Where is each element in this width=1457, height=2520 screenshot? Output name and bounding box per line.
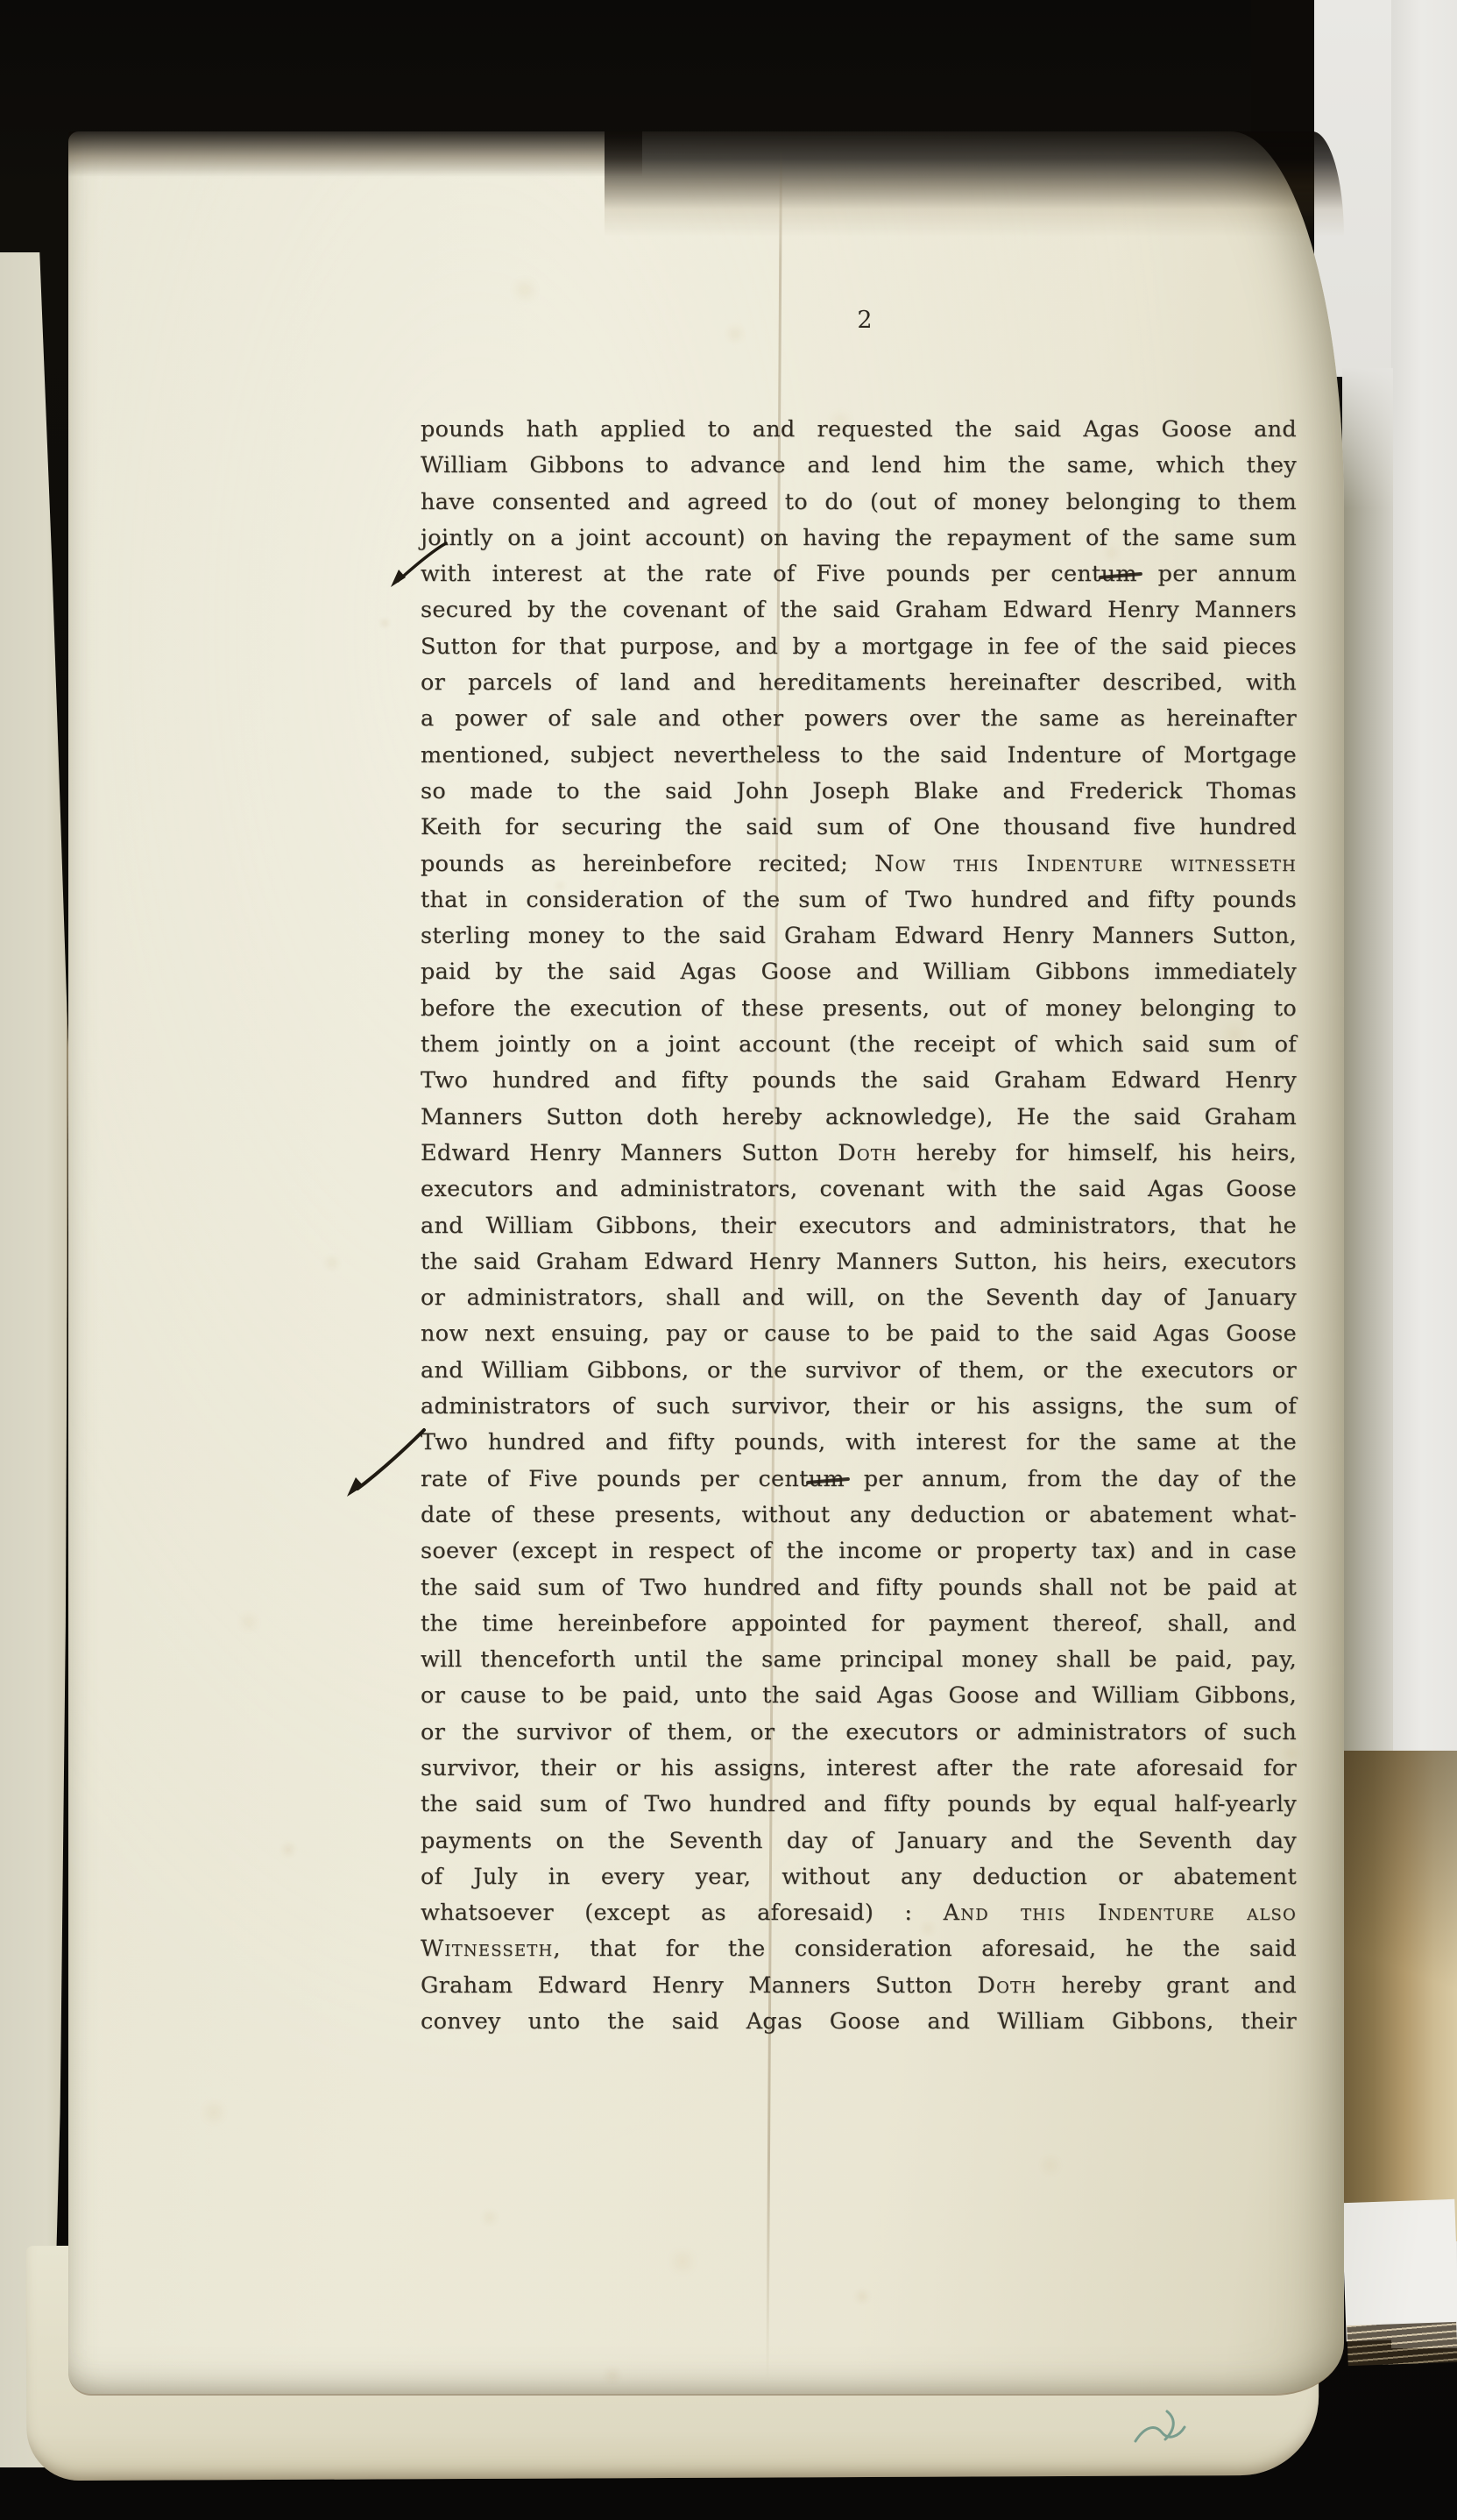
text-segment: hereby grant and (1036, 1972, 1297, 1999)
text-segment: pounds as hereinbefore recited; (421, 851, 874, 877)
small-caps-text: Witnesseth (421, 1936, 553, 1962)
text-line: convey unto the said Agas Goose and Will… (421, 2004, 1297, 2040)
text-line: pounds as hereinbefore recited; Now this… (421, 846, 1297, 882)
text-segment: William Gibbons to advance and lend him … (421, 452, 1297, 478)
text-line: survivor, their or his assigns, interest… (421, 1751, 1297, 1787)
text-segment: Manners Sutton doth hereby acknowledge),… (421, 1104, 1297, 1130)
text-segment: of July in every year, without any deduc… (421, 1864, 1297, 1890)
text-line: the said Graham Edward Henry Manners Sut… (421, 1244, 1297, 1280)
text-segment: will thenceforth until the same principa… (421, 1646, 1297, 1673)
scanned-book-page-photo: 2 pounds hath applied to and requested t… (0, 0, 1457, 2520)
text-line: sterling money to the said Graham Edward… (421, 918, 1297, 954)
text-line: mentioned, subject nevertheless to the s… (421, 738, 1297, 774)
text-segment: that in consideration of the sum of Two … (421, 887, 1297, 913)
text-line: the said sum of Two hundred and fifty po… (421, 1570, 1297, 1606)
text-line: with interest at the rate of Five pounds… (421, 556, 1297, 592)
text-line: Sutton for that purpose, and by a mortga… (421, 629, 1297, 665)
struck-out-text: um (809, 1466, 845, 1492)
small-caps-text: Doth (838, 1140, 897, 1166)
text-line: Two hundred and fifty pounds the said Gr… (421, 1063, 1297, 1099)
text-segment: Edward Henry Manners Sutton (421, 1140, 838, 1166)
text-line: soever (except in respect of the income … (421, 1533, 1297, 1569)
text-line: pounds hath applied to and requested the… (421, 412, 1297, 448)
text-segment: or cause to be paid, unto the said Agas … (421, 1682, 1297, 1709)
text-segment: the said sum of Two hundred and fifty po… (421, 1791, 1297, 1817)
text-line: executors and administrators, covenant w… (421, 1172, 1297, 1207)
text-segment: and William Gibbons, or the survivor of … (421, 1357, 1297, 1384)
text-segment: Sutton for that purpose, and by a mortga… (421, 634, 1297, 660)
text-line: and William Gibbons, or the survivor of … (421, 1353, 1297, 1389)
text-line: and William Gibbons, their executors and… (421, 1208, 1297, 1244)
text-segment: date of these presents, without any dedu… (421, 1502, 1297, 1528)
small-caps-text: And this Indenture also (944, 1900, 1297, 1926)
small-caps-text: Now this Indenture witnesseth (874, 851, 1297, 877)
text-segment: have consented and agreed to do (out of … (421, 489, 1297, 515)
text-line: date of these presents, without any dedu… (421, 1497, 1297, 1533)
text-line: the time hereinbefore appointed for paym… (421, 1606, 1297, 1642)
text-line: or administrators, shall and will, on th… (421, 1280, 1297, 1316)
text-segment: convey unto the said Agas Goose and Will… (421, 2008, 1297, 2035)
text-segment: and William Gibbons, their executors and… (421, 1213, 1297, 1239)
text-line: of July in every year, without any deduc… (421, 1859, 1297, 1895)
text-line: have consented and agreed to do (out of … (421, 485, 1297, 520)
text-segment: soever (except in respect of the income … (421, 1538, 1297, 1564)
text-segment: paid by the said Agas Goose and William … (421, 959, 1297, 985)
struck-out-text: um (1101, 561, 1137, 587)
text-line: that in consideration of the sum of Two … (421, 882, 1297, 918)
text-segment: a power of sale and other powers over th… (421, 705, 1297, 732)
text-segment: or parcels of land and hereditaments her… (421, 669, 1297, 696)
foxing-stains (68, 131, 70, 133)
burnt-top-edge (68, 131, 1344, 237)
text-segment: sterling money to the said Graham Edward… (421, 923, 1297, 949)
text-segment: survivor, their or his assigns, interest… (421, 1755, 1297, 1781)
text-segment: them jointly on a joint account (the rec… (421, 1031, 1297, 1058)
text-line: them jointly on a joint account (the rec… (421, 1027, 1297, 1063)
text-line: or the survivor of them, or the executor… (421, 1715, 1297, 1751)
text-line: Keith for securing the said sum of One t… (421, 810, 1297, 846)
text-line: a power of sale and other powers over th… (421, 701, 1297, 737)
text-segment: Two hundred and fifty pounds the said Gr… (421, 1067, 1297, 1094)
small-caps-text: Doth (977, 1972, 1036, 1999)
text-line: now next ensuing, pay or cause to be pai… (421, 1316, 1297, 1352)
document-page: 2 pounds hath applied to and requested t… (68, 131, 1344, 2396)
text-line: paid by the said Agas Goose and William … (421, 954, 1297, 990)
text-segment: now next ensuing, pay or cause to be pai… (421, 1320, 1297, 1347)
text-segment: secured by the covenant of the said Grah… (421, 597, 1297, 623)
text-line: Two hundred and fifty pounds, with inter… (421, 1425, 1297, 1461)
loose-sheet-corner (1341, 2199, 1457, 2341)
text-segment: executors and administrators, covenant w… (421, 1176, 1297, 1202)
text-line: rate of Five pounds per centum per annum… (421, 1462, 1297, 1497)
text-line: or parcels of land and hereditaments her… (421, 665, 1297, 701)
text-line: so made to the said John Joseph Blake an… (421, 774, 1297, 810)
text-line: administrators of such survivor, their o… (421, 1389, 1297, 1425)
text-segment: payments on the Seventh day of January a… (421, 1828, 1297, 1854)
text-segment: the said Graham Edward Henry Manners Sut… (421, 1249, 1297, 1275)
book-fore-edge (1342, 368, 1393, 1757)
text-segment: rate of Five pounds per cent (421, 1466, 809, 1492)
text-line: Manners Sutton doth hereby acknowledge),… (421, 1100, 1297, 1136)
vellum-page-edge (1340, 1751, 1457, 2241)
text-line: Graham Edward Henry Manners Sutton Doth … (421, 1968, 1297, 2004)
page-stack-edges (1347, 2322, 1457, 2366)
text-line: payments on the Seventh day of January a… (421, 1823, 1297, 1859)
text-segment: mentioned, subject nevertheless to the s… (421, 742, 1297, 768)
text-segment: Two hundred and fifty pounds, with inter… (421, 1429, 1297, 1455)
underlying-page-left-edge (0, 252, 68, 2467)
text-segment: the time hereinbefore appointed for paym… (421, 1610, 1297, 1637)
text-segment: , that for the consideration aforesaid, … (553, 1936, 1297, 1962)
text-line: jointly on a joint account) on having th… (421, 520, 1297, 556)
text-segment: per annum, from the day of the (845, 1466, 1297, 1492)
text-segment: administrators of such survivor, their o… (421, 1393, 1297, 1419)
text-segment: with interest at the rate of Five pounds… (421, 561, 1101, 587)
text-segment: before the execution of these presents, … (421, 995, 1297, 1022)
text-line: or cause to be paid, unto the said Agas … (421, 1678, 1297, 1714)
text-segment: the said sum of Two hundred and fifty po… (421, 1575, 1297, 1601)
text-line: before the execution of these presents, … (421, 991, 1297, 1027)
text-segment: so made to the said John Joseph Blake an… (421, 778, 1297, 804)
text-line: whatsoever (except as aforesaid) : And t… (421, 1895, 1297, 1931)
text-segment: hereby for himself, his heirs, (897, 1140, 1297, 1166)
text-segment: whatsoever (except as aforesaid) : (421, 1900, 944, 1926)
text-segment: Graham Edward Henry Manners Sutton (421, 1972, 977, 1999)
text-segment: or the survivor of them, or the executor… (421, 1719, 1297, 1745)
text-line: Witnesseth, that for the consideration a… (421, 1931, 1297, 1967)
text-segment: or administrators, shall and will, on th… (421, 1285, 1297, 1311)
deed-text-block: pounds hath applied to and requested the… (421, 412, 1297, 2040)
text-segment: Keith for securing the said sum of One t… (421, 814, 1297, 840)
text-line: the said sum of Two hundred and fifty po… (421, 1787, 1297, 1823)
text-segment: pounds hath applied to and requested the… (421, 416, 1297, 442)
page-number: 2 (830, 307, 900, 334)
text-segment: jointly on a joint account) on having th… (421, 525, 1297, 551)
text-line: will thenceforth until the same principa… (421, 1642, 1297, 1678)
text-line: William Gibbons to advance and lend him … (421, 448, 1297, 484)
text-line: Edward Henry Manners Sutton Doth hereby … (421, 1136, 1297, 1172)
text-segment: per annum (1137, 561, 1297, 587)
text-line: secured by the covenant of the said Grah… (421, 592, 1297, 628)
